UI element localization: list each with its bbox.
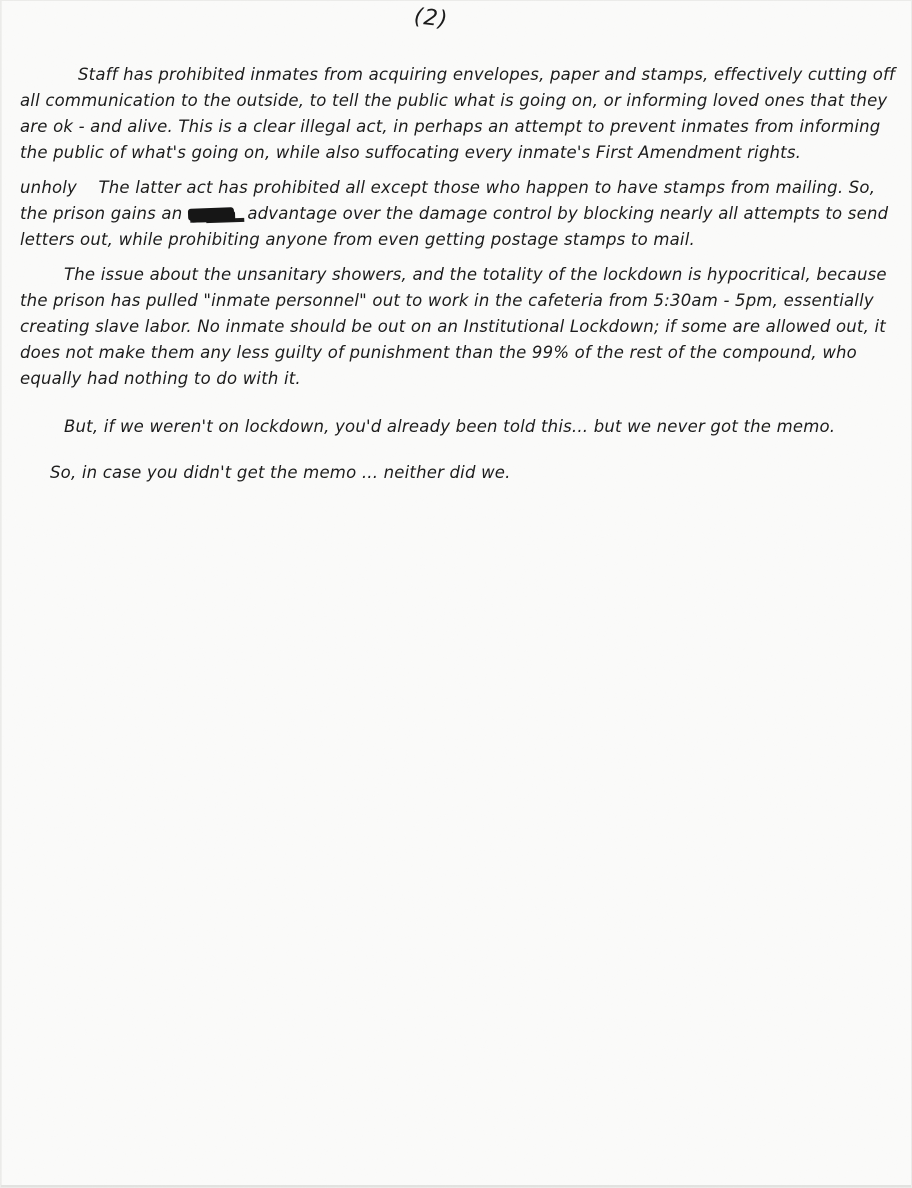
letter-body: Staff has prohibited inmates from acquir… [20,62,896,495]
paragraph-staff-prohibition: Staff has prohibited inmates from acquir… [20,62,896,166]
paragraph-memo-closing: So, in case you didn't get the memo ... … [20,460,896,486]
scribbled-out-word [188,207,234,221]
margin-annotation-word: unholy [20,178,77,197]
paragraph-latter-act: unholy The latter act has prohibited all… [20,175,896,253]
scanned-letter-page: (2) Staff has prohibited inmates from ac… [0,0,912,1188]
paragraph-but-lockdown: But, if we weren't on lockdown, you'd al… [20,414,896,440]
paragraph-showers-lockdown: The issue about the unsanitary showers, … [20,262,896,392]
page-number: (2) [413,4,450,32]
